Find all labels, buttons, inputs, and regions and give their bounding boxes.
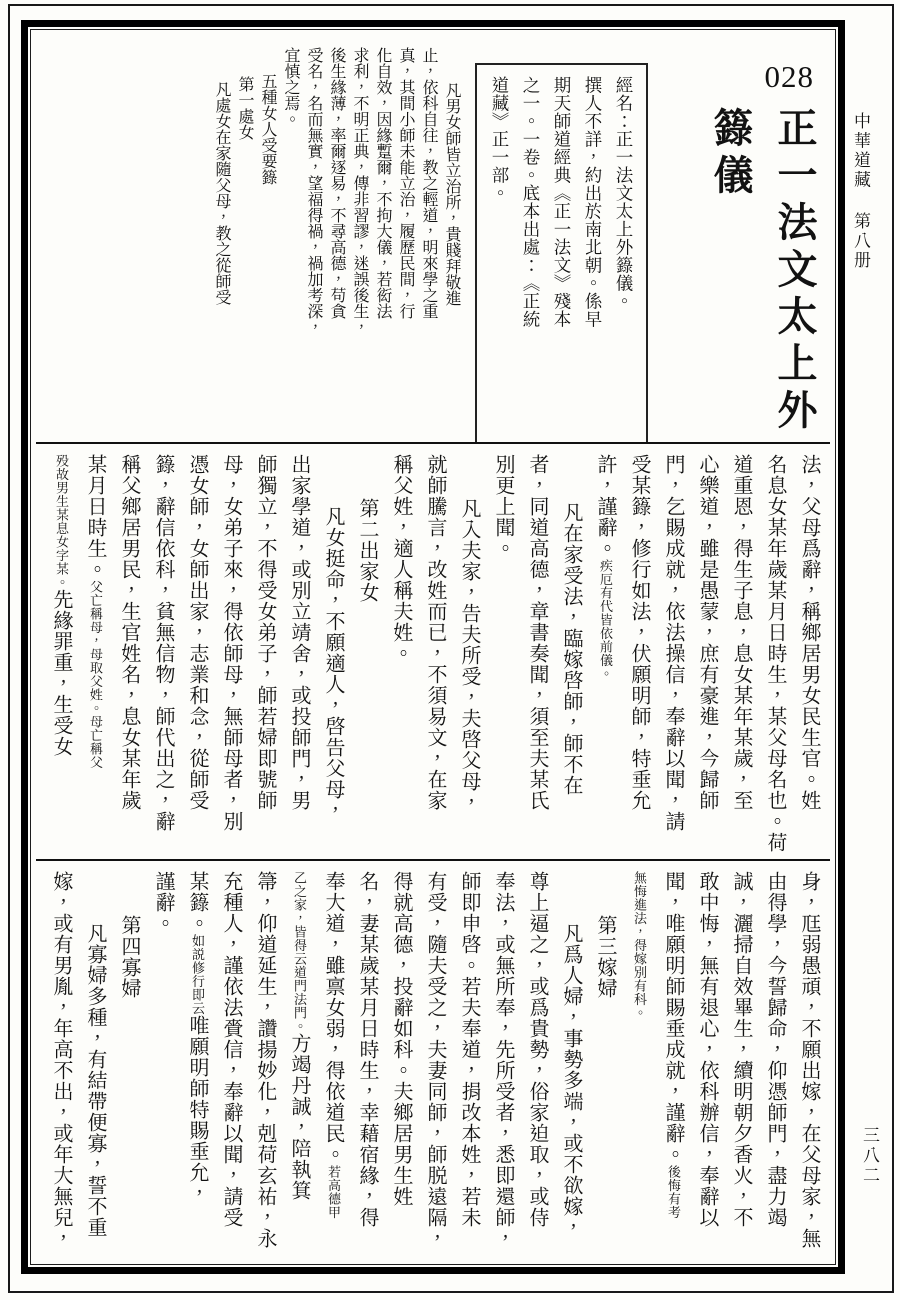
text-column: 就師騰言，改姓而已，不須易文，在家 [418,454,452,857]
series-title: 中華道藏 [851,112,870,190]
body-text: 期天師道經典《正一法文》殘本 [552,76,572,328]
body-text: 心樂道，雖是愚蒙，庶有豪進，今歸師 [696,454,718,811]
body-text: 嫁，或有男胤，年高不出，或年大無兒， [50,871,72,1249]
body-text: 就師騰言，改姓而已，不須易文，在家 [424,454,446,811]
text-column: 凡處女在家隨父母，教之從師受 [210,47,233,440]
page-title-line-2: 籙儀 [698,107,762,440]
text-column: 謹辭。 [146,871,180,1256]
text-column: 身，尫弱愚頑，不願出嫁，在父母家，無 [792,871,826,1256]
text-column: 籙，辭信依科，貧無信物，師代出之，辭 [146,454,180,857]
body-text: 方竭丹誠，陪執箕 [288,1033,310,1201]
body-text: 尊上逼之，或爲貴勢，俗家迫取，或侍 [526,871,548,1228]
inline-annotation-text: 後悔有考 [666,1165,681,1219]
text-column: 凡入夫家，告夫所受，夫啓父母， [452,454,486,857]
body-text: 凡入夫家，告夫所受，夫啓父母， [458,498,480,813]
text-column: 凡女挺命，不願適人，啓告父母， [316,454,350,857]
inline-annotation-text: 殁故男生某息女字某。 [54,454,69,589]
body-text: 凡處女在家隨父母，教之從師受 [213,81,230,305]
body-text: 道重恩，得生子息，息女某年某歲，至 [730,454,752,811]
text-column: 之一。一卷。底本出處：《正統 [515,76,546,438]
text-column: 凡爲人婦，事勢多端，或不欲嫁， [554,871,588,1256]
inline-annotation-text: 疾厄有代皆依前儀。 [598,559,613,681]
text-column: 敢中悔，無有退心，依科辦信，奉辭以 [690,871,724,1256]
text-column: 乙之家，皆得云道門法門。方竭丹誠，陪執箕 [282,871,316,1256]
body-text: 求利，不明正典，傳非習謬，迷誤後生， [351,47,368,335]
text-column: 有受，隨夫受之，夫妻同師，師脱遠隔， [418,871,452,1256]
text-column: 期天師道經典《正一法文》殘本 [546,76,577,438]
text-column: 稱父鄉居男民，生官姓名，息女某年歲 [112,454,146,857]
body-text: 凡寡婦多種，有結帶便寡，誓不重 [84,923,106,1238]
body-text: 誠，灑掃自效畢生，續明朝夕香火，不 [730,871,752,1228]
text-column: 箒，仰道延生，讚揚妙化，剋荷玄祐，永 [248,871,282,1256]
body-text: 法，父母爲辭，稱鄉居男女民生官。姓 [798,454,820,811]
body-text: 之一。一卷。底本出處：《正統 [521,76,541,328]
text-column: 者，同道高德，章書奏聞，須至夫某氏 [520,454,554,857]
body-text: 受某籙，修行如法，伏願明師，特垂允 [628,454,650,811]
text-column: 某月日時生。父亡稱母，母取父姓。母亡稱父 [78,454,112,857]
body-text: 凡爲人婦，事勢多端，或不欲嫁， [560,923,582,1238]
body-text: 箒，仰道延生，讚揚妙化，剋荷玄祐，永 [254,871,276,1249]
body-text: 得就高德，投辭如科。夫鄉居男生姓 [390,871,412,1207]
body-text: 門，乞賜成就，依法操信，奉辭以聞，請 [662,454,684,832]
body-text: 真，其間小師未能立治，履歷民間，行 [397,47,414,319]
scanned-book-page: 028 正一法文太上外 籙儀 經名：正一法文太上外籙儀。撰人不詳，約出於南北朝。… [0,0,900,1300]
section-heading-column: 第四寡婦 [112,871,146,1256]
book-frame: 028 正一法文太上外 籙儀 經名：正一法文太上外籙儀。撰人不詳，約出於南北朝。… [21,20,845,1274]
body-text: 撰人不詳，約出於南北朝。係早 [583,76,603,328]
body-text: 先緣罪重，生受女 [50,589,72,757]
text-column: 由得學，今誓歸命，仰憑師門，盡力竭 [758,871,792,1256]
page-number: 三八二 [857,1126,882,1186]
text-column: 真，其間小師未能立治，履歷民間，行 [394,47,417,440]
section-top: 028 正一法文太上外 籙儀 經名：正一法文太上外籙儀。撰人不詳，約出於南北朝。… [36,37,830,442]
text-column: 奉法，或無所奉，先所受者，悉即還師， [486,871,520,1256]
body-text: 道藏》正一部。 [490,76,510,202]
margin-series-volume-label: 中華道藏 第八册 [848,112,873,270]
text-column: 名息女某年歲某月日時生，某父母名也。荷 [758,454,792,857]
body-text: 許，謹辭。 [594,454,616,559]
body-text: 受名，名而無實，望福得禍，禍加考深， [305,47,322,335]
colophon-box: 經名：正一法文太上外籙儀。撰人不詳，約出於南北朝。係早期天師道經典《正一法文》殘… [475,63,648,442]
text-column: 法，父母爲辭，稱鄉居男女民生官。姓 [792,454,826,857]
inline-annotation-text: 無悔進法，得嫁別有科。 [632,871,647,1020]
body-text: 凡男女師皆立治所，貴賤拜敬進 [443,82,460,306]
section-middle: 法，父母爲辭，稱鄉居男女民生官。姓名息女某年歲某月日時生，某父母名也。荷道重恩，… [36,444,830,859]
text-column: 聞，唯願明師賜垂成就，謹辭。後悔有考 [656,871,690,1256]
body-text: 名，妻某歲某月日時生，幸藉宿緣，得 [356,871,378,1228]
body-text: 後生緣薄，率爾逐易，不尋高德，苟貪 [328,47,345,319]
text-column: 出家學道，或別立靖舍，或投師門，男 [282,454,316,857]
text-column: 道重恩，得生子息，息女某年某歲，至 [724,454,758,857]
body-text: 某籙。 [186,871,208,934]
body-text: 第二出家女 [356,498,378,603]
body-text: 宜慎之焉。 [282,47,299,127]
text-column: 宜慎之焉。 [279,47,302,440]
body-text: 者，同道高德，章書奏聞，須至夫某氏 [526,454,548,811]
body-text: 敢中悔，無有退心，依科辦信，奉辭以 [696,871,718,1228]
inline-annotation-text: 父亡稱母，母取父姓。母亡稱父 [88,580,103,769]
text-column: 凡寡婦多種，有結帶便寡，誓不重 [78,871,112,1256]
body-text: 稱父鄉居男民，生官姓名，息女某年歲 [118,454,140,811]
body-text: 聞，唯願明師賜垂成就，謹辭。 [662,871,684,1165]
body-text: 母，女弟子來，得依師母，無師母者，別 [220,454,242,832]
inline-annotation-text: 若高德甲 [326,1165,341,1219]
text-column: 誠，灑掃自效畢生，續明朝夕香火，不 [724,871,758,1256]
volume-label: 第八册 [848,212,873,271]
text-column: 別更上聞。 [486,454,520,857]
text-column: 稱父姓，適人稱夫姓。 [384,454,418,857]
text-column: 後生緣薄，率爾逐易，不尋高德，苟貪 [325,47,348,440]
text-column: 受名，名而無實，望福得禍，禍加考深， [302,47,325,440]
text-column: 得就高德，投辭如科。夫鄉居男生姓 [384,871,418,1256]
text-column: 凡在家受法，臨嫁啓師，師不在 [554,454,588,857]
text-column: 經名：正一法文太上外籙儀。 [608,76,639,438]
body-text: 謹辭。 [152,871,174,934]
text-column: 撰人不詳，約出於南北朝。係早 [577,76,608,438]
body-text: 經名：正一法文太上外籙儀。 [614,76,634,310]
text-column: 憑女師，女師出家，志業和念，從師受 [180,454,214,857]
text-column: 名，妻某歲某月日時生，幸藉宿緣，得 [350,871,384,1256]
body-text: 身，尫弱愚頑，不願出嫁，在父母家，無 [798,871,820,1249]
body-text: 師獨立，不得受女弟子，師若婦即號師 [254,454,276,811]
text-column: 母，女弟子來，得依師母，無師母者，別 [214,454,248,857]
body-text: 唯願明師特賜垂允， [186,1015,208,1204]
body-text: 出家學道，或別立靖舍，或投師門，男 [288,454,310,811]
text-column: 心樂道，雖是愚蒙，庶有豪進，今歸師 [690,454,724,857]
body-text: 第四寡婦 [118,915,140,999]
body-text: 第一處女 [236,76,253,140]
text-column: 師獨立，不得受女弟子，師若婦即號師 [248,454,282,857]
body-text: 止，依科自往，教之輕道，明來學之重 [420,47,437,319]
text-column: 許，謹辭。疾厄有代皆依前儀。 [588,454,622,857]
page-content: 028 正一法文太上外 籙儀 經名：正一法文太上外籙儀。撰人不詳，約出於南北朝。… [36,37,830,1258]
section-bottom: 身，尫弱愚頑，不願出嫁，在父母家，無由得學，今誓歸命，仰憑師門，盡力竭誠，灑掃自… [36,861,830,1258]
text-column: 求利，不明正典，傳非習謬，迷誤後生， [348,47,371,440]
body-text: 凡在家受法，臨嫁啓師，師不在 [560,502,582,796]
body-text: 有受，隨夫受之，夫妻同師，師脱遠隔， [424,871,446,1249]
section-heading-column: 五種女人受要籙 [256,47,279,440]
text-column: 道藏》正一部。 [484,76,515,438]
text-column: 凡男女師皆立治所，貴賤拜敬進 [440,47,463,440]
text-column: 無悔進法，得嫁別有科。 [622,871,656,1256]
body-text: 五種女人受要籙 [259,73,276,185]
inline-annotation-text: 如説修行即云 [190,934,205,1015]
body-text: 師即申啓。若夫奉道，捐改本姓，若未 [458,871,480,1228]
body-text: 由得學，今誓歸命，仰憑師門，盡力竭 [764,871,786,1228]
body-text: 名息女某年歲某月日時生，某父母名也。荷 [764,454,786,853]
body-text: 稱父姓，適人稱夫姓。 [390,454,412,664]
body-text: 籙，辭信依科，貧無信物，師代出之，辭 [152,454,174,832]
page-title-line-1: 正一法文太上外 [762,107,826,440]
text-column: 化自效，因緣蹔爾，不拘大儀，若衒法 [371,47,394,440]
section-heading-column: 第一處女 [233,47,256,440]
title-block: 028 正一法文太上外 籙儀 [698,47,826,440]
text-column: 殁故男生某息女字某。先緣罪重，生受女 [44,454,78,857]
body-text: 化自效，因緣蹔爾，不拘大儀，若衒法 [374,47,391,319]
body-text: 第三嫁婦 [594,915,616,999]
text-column: 受某籙，修行如法，伏願明師，特垂允 [622,454,656,857]
text-column: 充種人，謹依法賫信，奉辭以聞，請受 [214,871,248,1256]
text-column: 奉大道，雖禀女弱，得依道民。若高德甲 [316,871,350,1256]
body-text: 凡女挺命，不願適人，啓告父母， [322,506,344,821]
body-text: 充種人，謹依法賫信，奉辭以聞，請受 [220,871,242,1228]
text-column: 嫁，或有男胤，年高不出，或年大無兒， [44,871,78,1256]
body-text: 別更上聞。 [492,454,514,559]
text-column: 師即申啓。若夫奉道，捐改本姓，若未 [452,871,486,1256]
body-text: 某月日時生。 [84,454,106,580]
section-heading-column: 第二出家女 [350,454,384,857]
section-heading-column: 第三嫁婦 [588,871,622,1256]
text-column: 止，依科自往，教之輕道，明來學之重 [417,47,440,440]
document-number: 028 [765,59,815,95]
body-text: 奉法，或無所奉，先所受者，悉即還師， [492,871,514,1249]
text-column: 某籙。如説修行即云唯願明師特賜垂允， [180,871,214,1256]
body-text: 憑女師，女師出家，志業和念，從師受 [186,454,208,811]
inline-annotation-text: 乙之家，皆得云道門法門。 [292,871,307,1033]
body-text: 奉大道，雖禀女弱，得依道民。 [322,871,344,1165]
text-column: 門，乞賜成就，依法操信，奉辭以聞，請 [656,454,690,857]
text-column: 尊上逼之，或爲貴勢，俗家迫取，或侍 [520,871,554,1256]
